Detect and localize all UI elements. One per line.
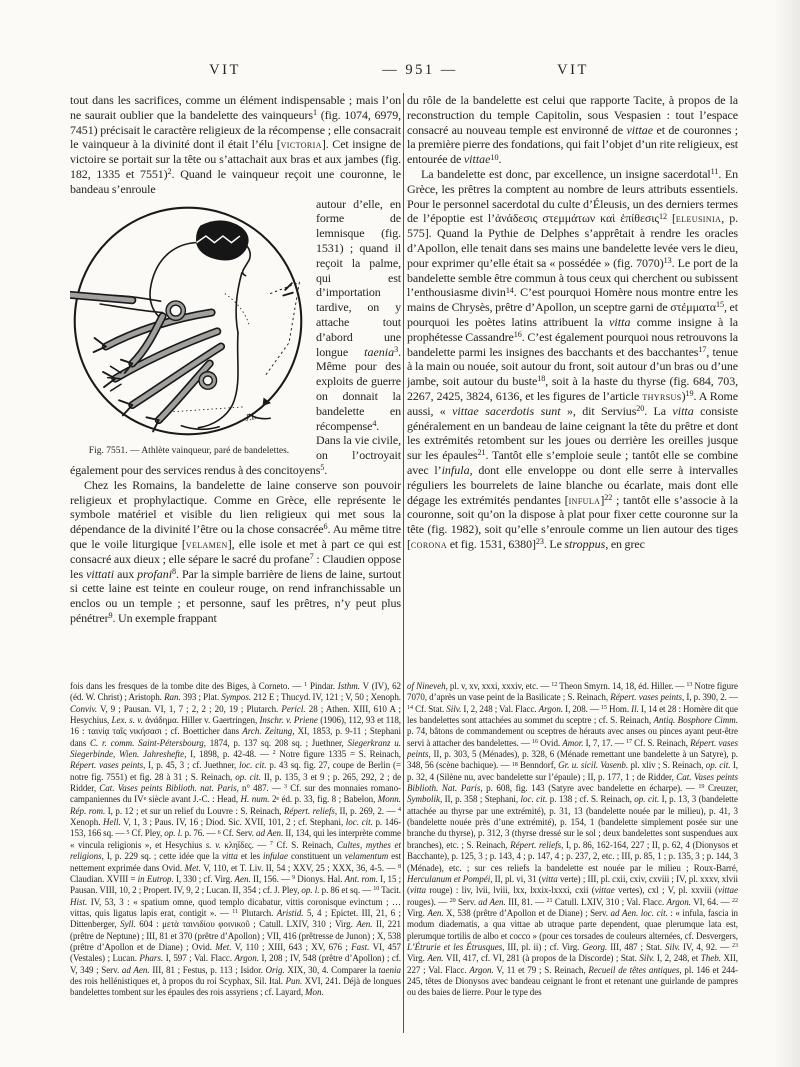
running-head: VIT — 951 — VIT (0, 62, 800, 82)
paragraph-romans: Chez les Romains, la bandelette de laine… (70, 478, 401, 626)
scan-edge-shadow (774, 0, 800, 1067)
paragraph-continuation: tout dans les sacrifices, comme un éléme… (70, 93, 401, 197)
ribbon-forked-ends (94, 338, 159, 431)
bandelette-ribbons (70, 294, 221, 420)
column-left: tout dans les sacrifices, comme un éléme… (70, 93, 401, 1033)
figure-7551: J.L. Fig. 7551. — Athlète vainqueur, par… (70, 203, 308, 457)
paragraph-tacite: du rôle de la bandelette est celui que r… (407, 93, 738, 167)
figure-caption: Fig. 7551. — Athlète vainqueur, paré de … (70, 446, 314, 457)
athlete-engraving-image: J.L. (70, 203, 306, 439)
column-divider-rule (403, 93, 404, 1033)
scanned-dictionary-page: VIT — 951 — VIT tout dans les sacrifices… (0, 0, 800, 1067)
running-head-left: VIT (209, 62, 241, 79)
footnotes-right: of Nineveh, pl. v, xv, xxxi, xxxiv, etc.… (407, 681, 738, 1033)
engraver-signature: J.L. (244, 411, 260, 424)
paragraph-sacerdotal: La bandelette est donc, par excellence, … (407, 167, 738, 552)
page-number: — 951 — (382, 62, 458, 79)
footnotes-left: fois dans les fresques de la tombe dite … (70, 681, 401, 1033)
column-right: du rôle de la bandelette est celui que r… (407, 93, 738, 1033)
running-head-right: VIT (557, 62, 589, 79)
column-left-main: tout dans les sacrifices, comme un éléme… (70, 93, 401, 671)
two-column-text-block: tout dans les sacrifices, comme un éléme… (70, 93, 738, 1033)
column-right-main: du rôle de la bandelette est celui que r… (407, 93, 738, 671)
athlete-head (196, 220, 249, 260)
